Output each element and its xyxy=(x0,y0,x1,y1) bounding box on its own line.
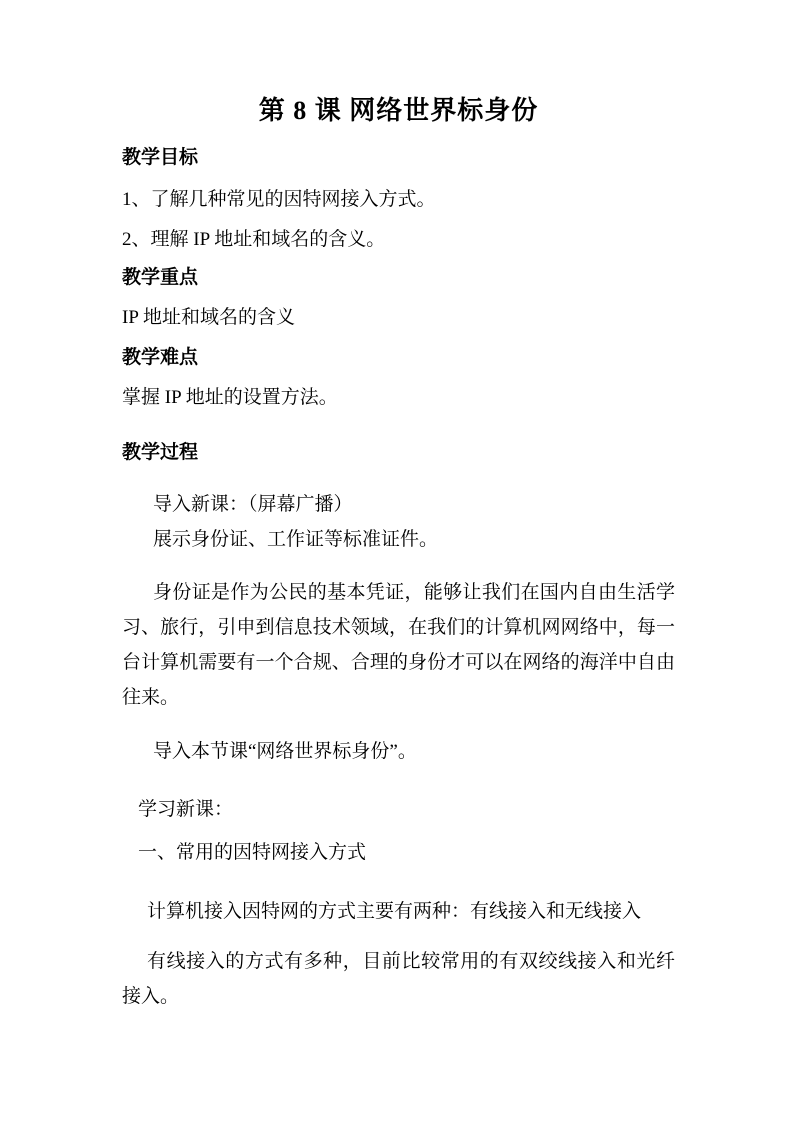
difficulties-text: 掌握 IP 地址的设置方法。 xyxy=(122,380,675,415)
objective-item-1: 1、了解几种常见的因特网接入方式。 xyxy=(122,182,675,217)
topic-1-paragraph-1: 计算机接入因特网的方式主要有两种：有线接入和无线接入 xyxy=(122,894,675,929)
process-intro-line-2: 展示身份证、工作证等标准证件。 xyxy=(122,522,675,557)
heading-difficulties: 教学难点 xyxy=(122,340,675,375)
heading-teaching-process: 教学过程 xyxy=(122,435,675,470)
heading-key-points: 教学重点 xyxy=(122,260,675,295)
document-page: 第 8 课 网络世界标身份 教学目标 1、了解几种常见的因特网接入方式。 2、理… xyxy=(0,0,794,1123)
process-intro-line-1: 导入新课：（屏幕广播） xyxy=(122,487,675,522)
process-lead-in: 导入本节课“网络世界标身份”。 xyxy=(122,734,675,769)
document-title: 第 8 课 网络世界标身份 xyxy=(122,92,675,130)
objective-item-2: 2、理解 IP 地址和域名的含义。 xyxy=(122,222,675,257)
process-intro-paragraph: 身份证是作为公民的基本凭证，能够让我们在国内自由生活学习、旅行，引申到信息技术领… xyxy=(122,575,675,715)
document-content: 第 8 课 网络世界标身份 教学目标 1、了解几种常见的因特网接入方式。 2、理… xyxy=(0,0,794,1123)
topic-1-paragraph-2: 有线接入的方式有多种，目前比较常用的有双绞线接入和光纤接入。 xyxy=(122,944,675,1014)
key-points-text: IP 地址和域名的含义 xyxy=(122,300,675,335)
new-lesson-label: 学习新课： xyxy=(122,792,675,827)
heading-teaching-objectives: 教学目标 xyxy=(122,140,675,175)
topic-1-heading: 一、常用的因特网接入方式 xyxy=(122,835,675,870)
